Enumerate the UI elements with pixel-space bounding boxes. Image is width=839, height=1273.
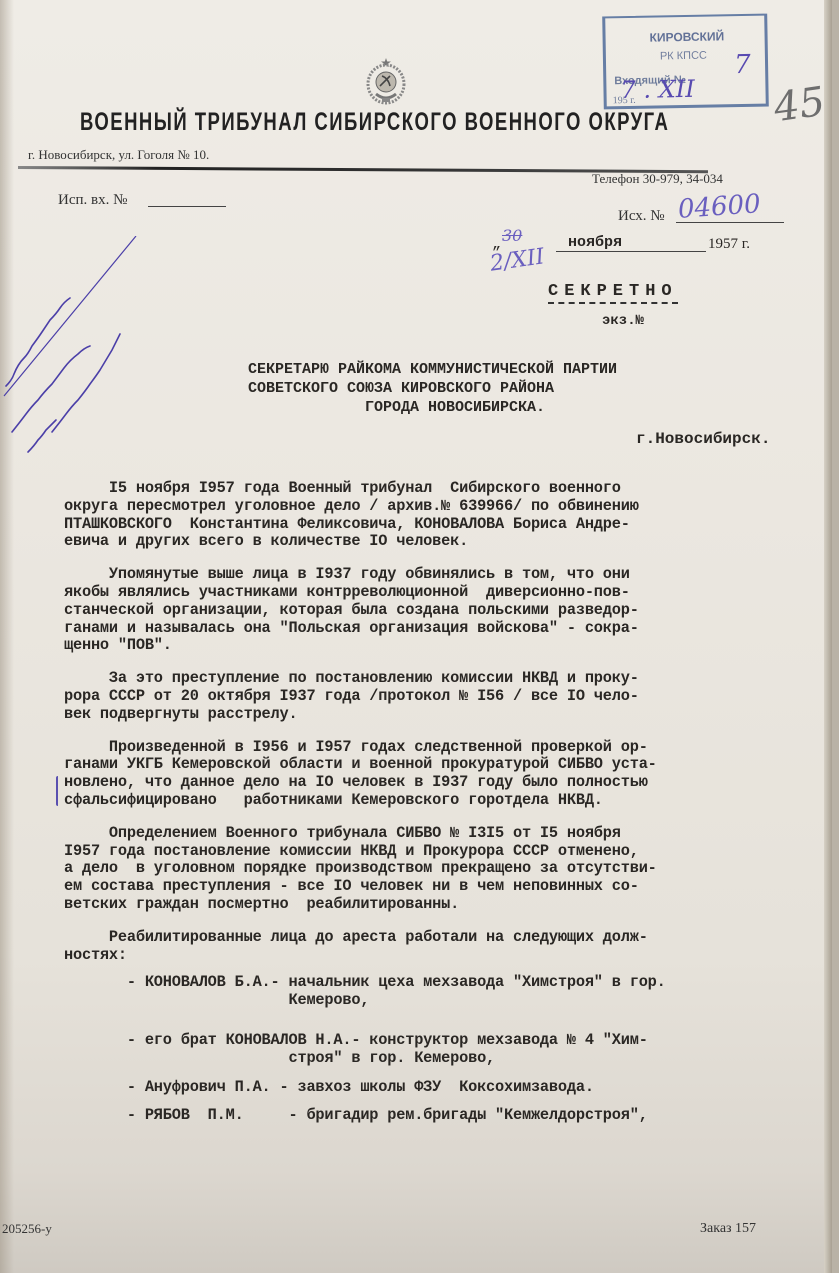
list-item-anufrovich: - Ануфрович П.А. - завхоз школы ФЗУ Кокс… <box>64 1079 794 1097</box>
incoming-ref-field <box>148 206 226 207</box>
incoming-ref-label: Исп. вх. № <box>58 192 127 209</box>
document-page: ВОЕННЫЙ ТРИБУНАЛ СИБИРСКОГО ВОЕННОГО ОКР… <box>0 0 832 1273</box>
paragraph-review: I5 ноября I957 года Военный трибунал Сиб… <box>64 480 794 551</box>
paragraph-accusation: Упомянутые выше лица в I937 году обвинял… <box>64 566 794 655</box>
date-month: ноября <box>568 234 622 251</box>
list-item-konovalov-ba: - КОНОВАЛОВ Б.А.- начальник цеха мехзаво… <box>64 974 794 1010</box>
paragraph-rehabilitation: Определением Военного трибунала СИБВО № … <box>64 825 794 914</box>
stamp-handwritten-number: 7 <box>734 50 751 80</box>
page-edge-shadow <box>0 0 14 1273</box>
paragraph-investigation: Произведенной в I956 и I957 годах следст… <box>64 739 794 810</box>
date-month-underline <box>556 251 706 252</box>
outgoing-ref-label: Исх. № <box>618 208 665 225</box>
print-order: Заказ 157 <box>700 1221 756 1237</box>
tribunal-address: г. Новосибирск, ул. Гоголя № 10. <box>28 147 209 163</box>
date-day: 30 <box>502 226 522 245</box>
date-year: 1957 г. <box>708 236 750 253</box>
handwritten-margin-bracket <box>56 776 60 806</box>
place-of-issue: г.Новосибирск. <box>636 430 770 448</box>
tribunal-letterhead-title: ВОЕННЫЙ ТРИБУНАЛ СИБИРСКОГО ВОЕННОГО ОКР… <box>80 108 731 137</box>
folio-number: 45 <box>771 79 828 132</box>
tribunal-phone: Телефон 30-979, 34-034 <box>592 171 723 187</box>
copy-number: экз.№ <box>602 313 644 329</box>
outgoing-ref-value: 04600 <box>677 189 762 225</box>
list-item-konovalov-na: - его брат КОНОВАЛОВ Н.А.- конструктор м… <box>64 1032 794 1068</box>
stamp-party-committee: РК КПСС <box>660 50 707 63</box>
stamp-district: КИРОВСКИЙ <box>649 29 724 44</box>
addressee-block: СЕКРЕТАРЮ РАЙКОМА КОММУНИСТИЧЕСКОЙ ПАРТИ… <box>248 360 617 417</box>
ussr-coat-of-arms-icon <box>364 56 408 106</box>
registry-stamp: КИРОВСКИЙ РК КПСС Входящий № 195 г. 7 7 … <box>602 14 769 110</box>
stamp-handwritten-date: 7 . XII <box>620 75 695 104</box>
paragraph-positions-intro: Реабилитированные лица до ареста работал… <box>64 929 794 965</box>
print-code: 205256-у <box>2 1221 52 1237</box>
handwritten-marginal-note <box>0 236 170 456</box>
paragraph-sentence: За это преступление по постановлению ком… <box>64 670 794 723</box>
letter-body: I5 ноября I957 года Военный трибунал Сиб… <box>64 480 794 1136</box>
classification-mark: СЕКРЕТНО <box>548 282 678 304</box>
list-item-ryabov: - РЯБОВ П.М. - бригадир рем.бригады "Кем… <box>64 1107 794 1125</box>
